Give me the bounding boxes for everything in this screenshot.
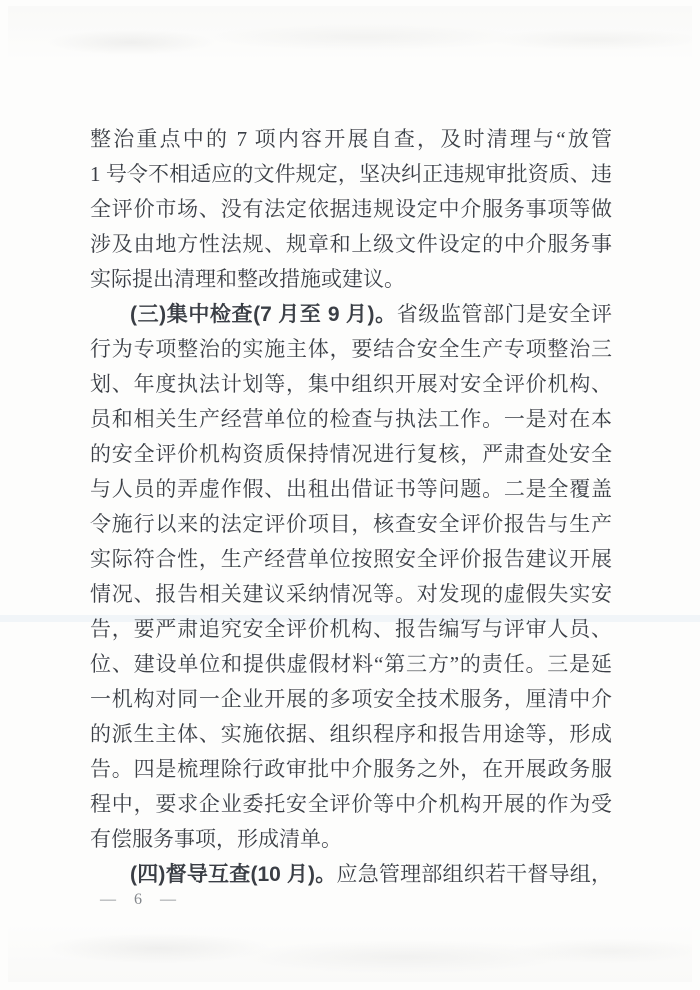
text-segment: 告，要严肃追究安全评价机构、报告编写与评审人员、生产经营单 [90, 617, 612, 647]
text-line: 令施行以来的法定评价项目，核查安全评价报告与生产经营单位 [90, 507, 612, 542]
text-segment: 有偿服务事项，形成清单。 [90, 827, 342, 851]
text-line: 1 号令不相适应的文件规定，坚决纠正违规审批资质、违规干预安 [90, 157, 612, 192]
text-line: 与人员的弄虚作假、出租出借证书等问题。二是全覆盖检查 1 号 [90, 472, 612, 507]
text-line: 情况、报告相关建议采纳情况等。对发现的虚假失实安全评价报 [90, 577, 612, 612]
page-number: — 6 — [100, 889, 183, 911]
text-line: 程中，要求企业委托安全评价等中介机构开展的作为受理条件的 [90, 787, 612, 822]
text-segment: 1 号令不相适应的文件规定，坚决纠正违规审批资质、违规干预安 [90, 162, 612, 192]
scan-texture-top [8, 6, 692, 58]
text-segment: 令施行以来的法定评价项目，核查安全评价报告与生产经营单位 [90, 512, 612, 542]
text-segment: 程中，要求企业委托安全评价等中介机构开展的作为受理条件的 [90, 792, 612, 822]
heading-segment: (三)集中检查(7 月至 9 月)。 [130, 303, 397, 326]
text-line: 位、建设单位和提供虚假材料“第三方”的责任。三是延伸检查同 [90, 647, 612, 682]
text-line: 的派生主体、实施依据、组织程序和报告用途等，形成专题分析报 [90, 717, 612, 752]
text-line: 告，要严肃追究安全评价机构、报告编写与评审人员、生产经营单 [90, 612, 612, 647]
heading-segment: (四)督导互查(10 月)。 [130, 863, 336, 886]
text-segment: 行为专项整治的实施主体，要结合安全生产专项整治三年行动计 [90, 337, 612, 367]
text-segment: 一机构对同一企业开展的多项安全技术服务，厘清中介服务事项 [90, 687, 612, 717]
text-segment: 位、建设单位和提供虚假材料“第三方”的责任。三是延伸检查同 [90, 652, 612, 682]
text-segment: 涉及由地方性法规、规章和上级文件设定的中介服务事项，请结合 [90, 232, 612, 262]
text-segment: 的安全评价机构资质保持情况进行复核，严肃查处安全评价机构 [90, 442, 612, 472]
text-segment: 与人员的弄虚作假、出租出借证书等问题。二是全覆盖检查 1 号 [90, 477, 612, 507]
text-segment: 全评价市场、没有法定依据违规设定中介服务事项等做法。其中， [90, 197, 612, 227]
text-segment: 实际符合性，生产经营单位按照安全评价报告建议开展隐患整改 [90, 547, 612, 577]
text-segment: 整治重点中的 7 项内容开展自查，及时清理与“放管服”改革要求、 [90, 127, 612, 157]
document-body: 整治重点中的 7 项内容开展自查，及时清理与“放管服”改革要求、1 号令不相适应… [90, 122, 612, 892]
text-line: 涉及由地方性法规、规章和上级文件设定的中介服务事项，请结合 [90, 227, 612, 262]
text-line: 整治重点中的 7 项内容开展自查，及时清理与“放管服”改革要求、 [90, 122, 612, 157]
text-line: 全评价市场、没有法定依据违规设定中介服务事项等做法。其中， [90, 192, 612, 227]
document-page: 整治重点中的 7 项内容开展自查，及时清理与“放管服”改革要求、1 号令不相适应… [0, 0, 700, 990]
text-segment: 情况、报告相关建议采纳情况等。对发现的虚假失实安全评价报 [90, 582, 612, 612]
text-line: 一机构对同一企业开展的多项安全技术服务，厘清中介服务事项 [90, 682, 612, 717]
text-line: 有偿服务事项，形成清单。 [90, 822, 612, 857]
text-segment: 的派生主体、实施依据、组织程序和报告用途等，形成专题分析报 [90, 722, 612, 752]
text-segment: 员和相关生产经营单位的检查与执法工作。一是对在本地区注册 [90, 407, 612, 437]
text-line: 行为专项整治的实施主体，要结合安全生产专项整治三年行动计 [90, 332, 612, 367]
text-segment: 划、年度执法计划等，集中组织开展对安全评价机构、安全评价人 [90, 372, 612, 402]
text-line: 员和相关生产经营单位的检查与执法工作。一是对在本地区注册 [90, 402, 612, 437]
text-line: 实际符合性，生产经营单位按照安全评价报告建议开展隐患整改 [90, 542, 612, 577]
text-segment: 告。四是梳理除行政审批中介服务之外，在开展政务服务事项过 [90, 757, 612, 787]
text-line: 告。四是梳理除行政审批中介服务之外，在开展政务服务事项过 [90, 752, 612, 787]
text-line: 划、年度执法计划等，集中组织开展对安全评价机构、安全评价人 [90, 367, 612, 402]
text-line: 实际提出清理和整改措施或建议。 [90, 262, 612, 297]
text-line: (三)集中检查(7 月至 9 月)。省级监管部门是安全评价执业 [90, 297, 612, 332]
text-line: (四)督导互查(10 月)。应急管理部组织若干督导组，赴矿 [90, 857, 612, 892]
scan-texture-bottom [8, 926, 692, 982]
text-segment: 实际提出清理和整改措施或建议。 [90, 267, 405, 291]
text-line: 的安全评价机构资质保持情况进行复核，严肃查处安全评价机构 [90, 437, 612, 472]
